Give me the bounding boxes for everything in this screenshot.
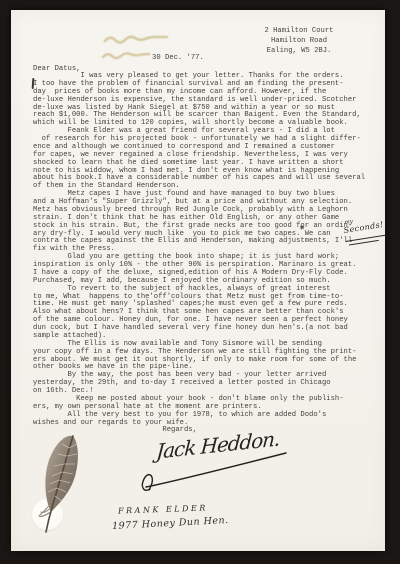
margin-note: my Seconds! <box>342 215 386 246</box>
feather-sample <box>29 422 89 540</box>
letter-paper: 2 Hamilton Court Hamilton Road Ealing, W… <box>11 10 385 551</box>
signature-block: Jack Heddon. <box>136 425 301 495</box>
annotation-feather-caption: 1977 Honey Dun Hen. <box>112 515 229 532</box>
letter-photo: 2 Hamilton Court Hamilton Road Ealing, W… <box>0 0 400 564</box>
annotation-collector-name: FRANK ELDER <box>118 503 208 515</box>
letter-body: I was very pleased to get your letter. T… <box>33 73 365 435</box>
letter-date: 30 Dec. '77. <box>152 54 204 62</box>
sender-address: 2 Hamilton Court Hamilton Road Ealing, W… <box>239 27 359 57</box>
